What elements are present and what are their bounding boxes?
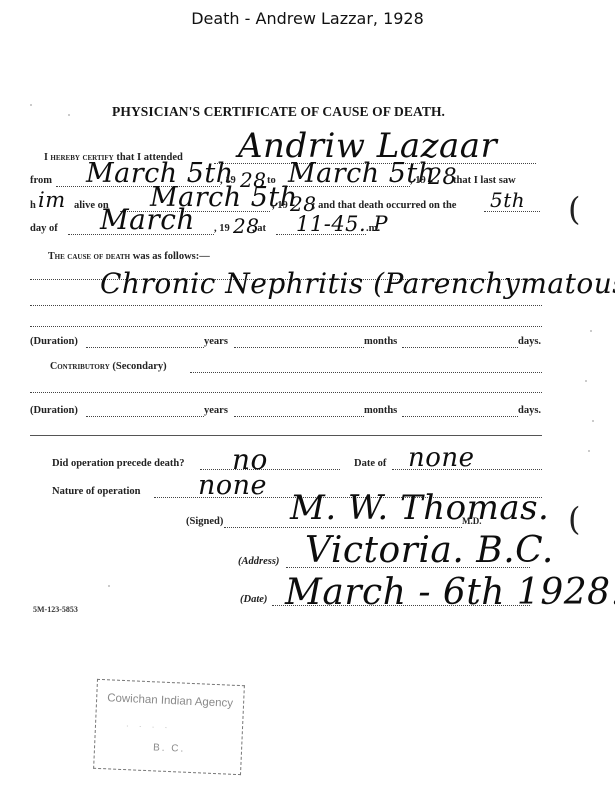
margin-bracket-bottom: ( <box>568 500 580 538</box>
months-label-2: months <box>364 405 397 416</box>
death-year-prefix: , 19 <box>214 223 230 234</box>
section-divider <box>30 435 542 436</box>
margin-bracket-top: ( <box>568 190 580 228</box>
duration-days-line-2 <box>402 416 518 417</box>
time-suffix: .m. <box>366 223 380 234</box>
agency-stamp: Cowichan Indian Agency · · · · B. C. <box>93 679 245 775</box>
death-day-value[interactable]: 5th <box>490 188 525 212</box>
at-label: , at <box>252 223 266 234</box>
to-year-prefix: , 19 <box>410 175 426 186</box>
date-label: (Date) <box>240 594 267 605</box>
death-month-value[interactable]: March <box>100 203 195 236</box>
nature-value[interactable]: none <box>198 470 267 501</box>
last-saw-label: that I last saw <box>453 175 516 186</box>
paper-speck <box>590 330 592 332</box>
day-of-label: day of <box>30 223 58 234</box>
paper-speck <box>108 585 110 587</box>
duration-label-2: (Duration) <box>30 405 78 416</box>
paper-speck <box>592 420 594 422</box>
days-label-1: days. <box>518 336 541 347</box>
cause-heading: The cause of death was as follows:— <box>48 251 210 262</box>
contributory-label: Contributory (Secondary) <box>50 361 167 372</box>
signature-value[interactable]: M. W. Thomas. <box>290 488 549 528</box>
stamp-agency-name: Cowichan Indian Agency <box>107 692 233 709</box>
death-occurred-label: ; and that death occurred on the <box>312 200 456 211</box>
him-prefix: h <box>30 200 36 211</box>
months-label-1: months <box>364 336 397 347</box>
md-label: M.D. <box>462 516 482 526</box>
cause-line-2 <box>30 305 542 306</box>
days-label-2: days. <box>518 405 541 416</box>
duration-days-line-1 <box>402 347 518 348</box>
date-of-label: Date of <box>354 458 386 469</box>
cause-line-3 <box>30 326 542 327</box>
date-value[interactable]: March - 6th 1928. <box>285 572 615 613</box>
paper-speck <box>30 104 32 106</box>
nature-label: Nature of operation <box>52 486 140 497</box>
contributory-line-1 <box>190 372 542 373</box>
date-of-value[interactable]: none <box>408 443 475 473</box>
duration-months-line-2 <box>234 416 364 417</box>
pronoun-value[interactable]: im <box>38 188 66 212</box>
certificate-title: PHYSICIAN'S CERTIFICATE OF CAUSE OF DEAT… <box>112 104 445 120</box>
address-label: (Address) <box>238 556 279 567</box>
from-label: from <box>30 175 52 186</box>
contributory-line-2 <box>30 392 542 393</box>
alive-year-prefix: , 19 <box>272 200 288 211</box>
operation-label: Did operation precede death? <box>52 458 185 469</box>
duration-label-1: (Duration) <box>30 336 78 347</box>
signed-label: (Signed) <box>186 516 223 527</box>
form-number: 5M-123-5853 <box>33 605 78 614</box>
paper-speck <box>585 380 587 382</box>
address-value[interactable]: Victoria. B.C. <box>305 530 554 571</box>
duration-years-line-2 <box>86 416 204 417</box>
stamp-middle-line: · · · · <box>126 721 172 732</box>
years-label-2: years <box>204 405 228 416</box>
cause-value[interactable]: Chronic Nephritis (Parenchymatous) <box>100 267 615 300</box>
paper-speck <box>588 450 590 452</box>
duration-years-line-1 <box>86 347 204 348</box>
paper-speck <box>68 114 70 116</box>
years-label-1: years <box>204 336 228 347</box>
page-caption: Death - Andrew Lazzar, 1928 <box>0 9 615 28</box>
duration-months-line-1 <box>234 347 364 348</box>
stamp-province: B. C. <box>153 742 186 754</box>
